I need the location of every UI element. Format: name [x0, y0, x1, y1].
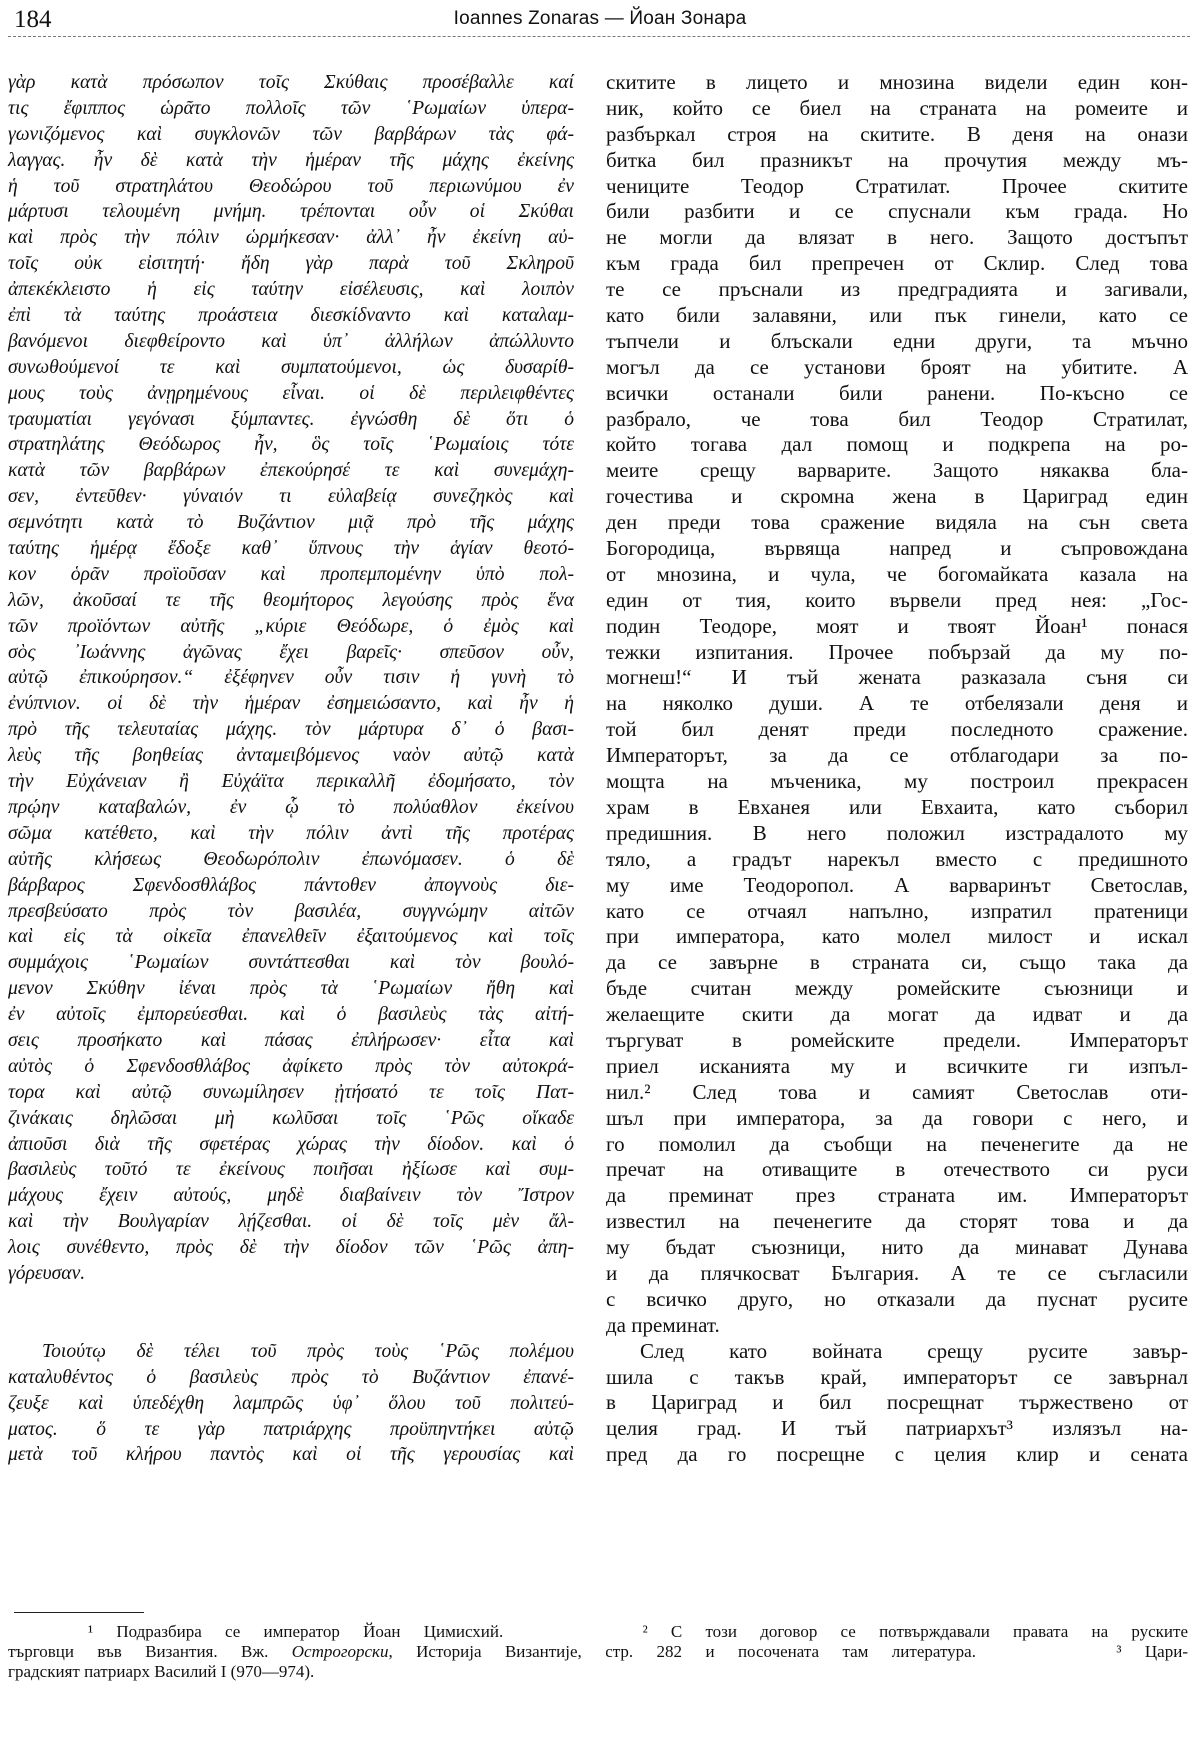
text-line: целия град. И тъй патриархът³ излязъл на… — [606, 1416, 1188, 1442]
text-line: гочестива и скромна жена в Цариград един — [606, 484, 1188, 510]
text-line: καὶ εἰς τὰ οἰκεῖα ἐπανελθεῖν ἐξαιτούμενο… — [8, 924, 574, 950]
text-line: били разбити и се спуснали към града. Но — [606, 199, 1188, 225]
text-line: шила с такъв край, императорът се завърн… — [606, 1365, 1188, 1391]
text-line: ден преди това сражение видяла на сън св… — [606, 510, 1188, 536]
text-line: разбъркал строя на скитите. В деня на он… — [606, 122, 1188, 148]
text-line: μάρτυσι τελουμένη μνήμη. τρέπονται οὖν ο… — [8, 199, 574, 225]
footnote-text: търговци във Византия. Вж. — [8, 1642, 292, 1661]
text-line: могъл да се установи броят на убитите. А — [606, 355, 1188, 381]
text-line: да се завърне в страната си, също така д… — [606, 950, 1188, 976]
footnote-3: ³ Цари- — [1116, 1642, 1188, 1661]
text-line: приел исканията му и всичките ги изпъл- — [606, 1054, 1188, 1080]
greek-text-column: γὰρ κατὰ πρόσωπον τοῖς Σκύθαις προσέβαλλ… — [8, 70, 574, 1468]
page-header: 184 Ioannes Zonaras — Йоан Зонара — [8, 6, 1192, 36]
paragraph-gap — [8, 1287, 574, 1339]
text-line: като се отчаял напълно, изпратил пратени… — [606, 899, 1188, 925]
text-line: γωνιζόμενος καὶ συγκλονῶν τῶν βαρβάρων τ… — [8, 122, 574, 148]
text-line: му бъдат съюзници, нито да минават Дунав… — [606, 1235, 1188, 1261]
text-line: σεις προσήκατο καὶ πάσας ἐπλήρωσεν· εἶτα… — [8, 1028, 574, 1054]
footnote-text: , Историја Византије, стр. 282 и посочен… — [389, 1642, 976, 1661]
text-line: битка бил празникът на прочутия между мъ… — [606, 148, 1188, 174]
text-line: λαγγας. ἦν δὲ κατὰ τὴν ἡμέραν τῆς μάχης … — [8, 148, 574, 174]
text-line: πρὸ τῆς τελευταίας μάχης. τὸν μάρτυρα δ᾽… — [8, 717, 574, 743]
text-line: μενον Σκύθην ἰέναι πρὸς τὰ ῾Ρωμαίων ἤθη … — [8, 976, 574, 1002]
text-line: ταύτης ἡμέρᾳ ἔδοξε καθ᾽ ὕπνους τὴν ἁγίαν… — [8, 536, 574, 562]
text-line: μάχους ἔχειν αὐτούς, μηδὲ διαβαίνειν τὸν… — [8, 1183, 574, 1209]
text-line: желаещите скити да могат да идват и да — [606, 1002, 1188, 1028]
text-line: тежки изпитания. Прочее побързай да му п… — [606, 640, 1188, 666]
text-line: нил.² След това и самият Светослав оти- — [606, 1080, 1188, 1106]
text-line: τορα καὶ αὐτῷ συνωμίλησεν ᾐτήσατό τε τοῖ… — [8, 1080, 574, 1106]
footnote-1: ¹ Подразбира се император Йоан Цимисхий. — [88, 1622, 503, 1641]
text-line: Богородица, вървяща напред и съпровождан… — [606, 536, 1188, 562]
text-line: κατὰ τῶν βαρβάρων ἐπεκούρησέ τε καὶ συνε… — [8, 458, 574, 484]
text-line: βασιλεὺς τοῦτό τε ἐκείνους ποιῆσαι ἠξίωσ… — [8, 1157, 574, 1183]
text-line: мощта на мъченика, му построил прекрасен — [606, 769, 1188, 795]
text-line: към града бил препречен от Склир. След т… — [606, 251, 1188, 277]
footnote-2: ² С този договор се потвърждавали прават… — [643, 1622, 1188, 1641]
text-line: и да плячкосват България. А те се съглас… — [606, 1261, 1188, 1287]
text-line: скитите в лицето и мнозина видели един к… — [606, 70, 1188, 96]
text-line: тъпчели и блъскали едни други, та мъчно — [606, 329, 1188, 355]
text-line: λεὺς τῆς βοηθείας ἀνταμειβόμενος ναὸν αὐ… — [8, 743, 574, 769]
text-line: τὴν Εὐχάνειαν ἢ Εὐχάϊτα περικαλλῆ ἐδομήσ… — [8, 769, 574, 795]
text-line: γὰρ κατὰ πρόσωπον τοῖς Σκύθαις προσέβαλλ… — [8, 70, 574, 96]
text-line: подин Теодоре, моят и твоят Йоан¹ понася — [606, 614, 1188, 640]
text-line: те се пръснали из предградията и загивал… — [606, 277, 1188, 303]
footnote-line: градският патриарх Василий I (970—974). — [8, 1662, 1188, 1682]
text-line: от мнозина, и чула, че богомайката казал… — [606, 562, 1188, 588]
text-line: той бил денят преди последното сражение. — [606, 717, 1188, 743]
text-line: σῶμα κατέθετο, καὶ τὴν πόλιν ἀντὶ τῆς πρ… — [8, 821, 574, 847]
text-line: ἡ τοῦ στρατηλάτου Θεοδώρου τοῦ περιωνύμο… — [8, 174, 574, 200]
text-line: ἐπὶ τὰ ταύτης προάστεια διεσκίδναντο καὶ… — [8, 303, 574, 329]
text-line: да преминат. — [606, 1313, 1188, 1339]
text-line: λοις συνέθεντο, πρὸς δὲ τὴν δίοδον τῶν ῾… — [8, 1235, 574, 1261]
text-line: καταλυθέντος ὁ βασιλεὺς πρὸς τὸ Βυζάντιο… — [8, 1365, 574, 1391]
text-line: разбрало, че това бил Теодор Стратилат, — [606, 407, 1188, 433]
text-line: търгуват в ромейските предели. Император… — [606, 1028, 1188, 1054]
cited-author: Острогорски — [292, 1642, 389, 1661]
text-line: при императора, като молел милост и иска… — [606, 924, 1188, 950]
text-line: бъде считан между ромейските съюзници и — [606, 976, 1188, 1002]
footnote-line: търговци във Византия. Вж. Острогорски, … — [8, 1642, 1188, 1662]
text-line: καὶ τὴν Βουλγαρίαν λῄζεσθαι. οἱ δὲ τοῖς … — [8, 1209, 574, 1235]
text-line: ζινάκαις δηλῶσαι μὴ κωλῦσαι τοῖς ῾Ρῶς οἴ… — [8, 1106, 574, 1132]
text-line: ζευξε καὶ ὑπεδέχθη λαμπρῶς ὑφ᾽ ὅλου τοῦ … — [8, 1391, 574, 1417]
text-line: на няколко души. А те отбелязали деня и — [606, 691, 1188, 717]
text-line: не могли да влязат в него. Защото достъп… — [606, 225, 1188, 251]
text-line: който тогава дал помощ и подкрепа на ро- — [606, 432, 1188, 458]
text-line: ἐνύπνιον. οἱ δὲ τὴν ἡμέραν ἐσημειώσαντο,… — [8, 691, 574, 717]
text-line: меите срещу варварите. Защото някаква бл… — [606, 458, 1188, 484]
running-title: Ioannes Zonaras — Йоан Зонара — [8, 8, 1192, 30]
text-line: ἐν αὐτοῖς ἐμπορεύεσθαι. καὶ ὁ βασιλεὺς τ… — [8, 1002, 574, 1028]
text-line: ник, който се биел на страната на ромеит… — [606, 96, 1188, 122]
text-line: σεν, ἐντεῦθεν· γύναιόν τι εὐλαβείᾳ συνεζ… — [8, 484, 574, 510]
text-line: μους τοὺς ἀνῃρημένους εἶναι. οἱ δὲ περιλ… — [8, 381, 574, 407]
footnote-rule — [14, 1612, 144, 1613]
text-line: След като войната срещу русите завър- — [606, 1339, 1188, 1365]
text-line: му име Теодоропол. А варваринът Светосла… — [606, 873, 1188, 899]
text-line: ἀπεκέκλειστο ἡ εἰς ταύτην εἰσέλευσις, κα… — [8, 277, 574, 303]
text-line: всички останали били ранени. По-късно се — [606, 381, 1188, 407]
text-line: κον ὁρᾶν προϊοῦσαν καὶ προπεμπομένην ὑπὸ… — [8, 562, 574, 588]
text-line: храм в Евханея или Евхаита, като съборил — [606, 795, 1188, 821]
text-line: ματος. ὅ τε γὰρ πατριάρχης προϋπηντήκει … — [8, 1417, 574, 1443]
text-line: известил на печенегите да сторят това и … — [606, 1209, 1188, 1235]
text-line: един от тия, които вървели пред нея: „Го… — [606, 588, 1188, 614]
header-rule — [8, 36, 1190, 37]
text-line: Τοιούτῳ δὲ τέλει τοῦ πρὸς τοὺς ῾Ρῶς πολέ… — [8, 1339, 574, 1365]
text-line: Императорът, за да се отблагодари за по- — [606, 743, 1188, 769]
text-line: γόρευσαν. — [8, 1261, 574, 1287]
footnote-line: ¹ Подразбира се император Йоан Цимисхий.… — [8, 1622, 1188, 1642]
text-line: σεμνότητι κατὰ τὸ Βυζάντιον μιᾷ πρὸ τῆς … — [8, 510, 574, 536]
text-line: στρατηλάτης Θεόδωρος ἦν, ὃς τοῖς ῾Ρωμαίο… — [8, 432, 574, 458]
text-line: като били залавяни, или пък гинели, като… — [606, 303, 1188, 329]
text-line: αὐτῆς κλήσεως Θεοδωρόπολιν ἐπωνόμασεν. ὁ… — [8, 847, 574, 873]
text-line: с всичко друго, но отказали да пуснат ру… — [606, 1287, 1188, 1313]
text-line: τοῖς οὐκ εἰσιτητή· ἤδη γὰρ παρὰ τοῦ Σκλη… — [8, 251, 574, 277]
text-line: τῶν προϊόντων αὐτῆς „κύριε Θεόδωρε, ὁ ἐμ… — [8, 614, 574, 640]
text-line: βάρβαρος Σφενδοσθλάβος πάντοθεν ἀπογνοὺς… — [8, 873, 574, 899]
text-line: тяло, а градът нарекъл вместо с предишно… — [606, 847, 1188, 873]
text-line: μετὰ τοῦ κλήρου παντὸς καὶ οἱ τῆς γερουσ… — [8, 1442, 574, 1468]
text-line: предишния. В него положил изстрадалото м… — [606, 821, 1188, 847]
text-line: λῶν, ἀκοῦσαί τε τῆς θεομήτορος λεγούσης … — [8, 588, 574, 614]
book-page: 184 Ioannes Zonaras — Йоан Зонара γὰρ κα… — [0, 0, 1200, 1762]
text-line: καὶ πρὸς τὴν πόλιν ὡρμήκεσαν· ἀλλ᾽ ἦν ἐκ… — [8, 225, 574, 251]
text-line: τις ἔφιππος ὡρᾶτο πολλοῖς τῶν ῾Ρωμαίων ὑ… — [8, 96, 574, 122]
text-line: в Цариград и бил посрещнат тържествено о… — [606, 1390, 1188, 1416]
text-line: могнеш!“ И тъй жената разказала съня си — [606, 665, 1188, 691]
text-line: πρῴην καταβαλών, ἐν ᾧ τὸ πολύαθλον ἐκείν… — [8, 795, 574, 821]
text-line: αὐτῷ ἐπικούρησον.“ ἐξέφηνεν οὖν τισιν ἡ … — [8, 665, 574, 691]
text-line: βανόμενοι διεφθείροντο καὶ ὑπ᾽ ἀλλήλων ἀ… — [8, 329, 574, 355]
text-line: шъл при императора, за да говори с него,… — [606, 1106, 1188, 1132]
bulgarian-translation-column: скитите в лицето и мнозина видели един к… — [606, 70, 1188, 1468]
text-line: го помолил да съобщи на печенегите да не — [606, 1132, 1188, 1158]
text-line: пред да го посрещне с целия клир и сенат… — [606, 1442, 1188, 1468]
text-line: συμμάχοις ῾Ρωμαίων συντάττεσθαι καὶ τὸν … — [8, 950, 574, 976]
text-line: συνωθούμενοί τε καὶ συμπατούμενοι, ὡς δυ… — [8, 355, 574, 381]
text-line: да преминат през страната им. Императоръ… — [606, 1183, 1188, 1209]
text-line: σὸς ᾽Ιωάννης ἀγῶνας ἔχει βαρεῖς· σπεῦσον… — [8, 640, 574, 666]
text-line: чениците Теодор Стратилат. Прочее скитит… — [606, 174, 1188, 200]
text-line: τραυματίαι γεγόνασι ξύμπαντες. ἐγνώσθη δ… — [8, 407, 574, 433]
text-line: ἀπιοῦσι διὰ τῆς σφετέρας χώρας τὴν δίοδο… — [8, 1132, 574, 1158]
text-line: пречат на отиващите в отечеството си рус… — [606, 1157, 1188, 1183]
footnotes: ¹ Подразбира се император Йоан Цимисхий.… — [8, 1622, 1188, 1682]
text-line: αὐτὸς ὁ Σφενδοσθλάβος ἀφίκετο πρὸς τὸν α… — [8, 1054, 574, 1080]
text-line: πρεσβεύσατο πρὸς τὸν βασιλέα, συγγνώμην … — [8, 899, 574, 925]
